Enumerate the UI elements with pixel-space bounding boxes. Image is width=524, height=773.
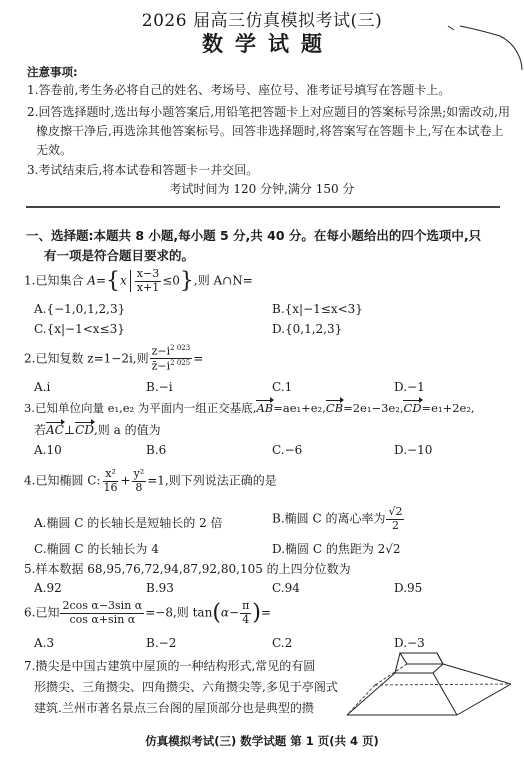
q2-option-d[interactable]: D.−1 — [394, 380, 425, 394]
q3-option-d[interactable]: D.−10 — [394, 443, 432, 457]
question-5: 5.样本数据 68,95,76,72,94,87,92,80,105 的上四分位… — [24, 560, 351, 577]
q6-option-c[interactable]: C.2 — [272, 636, 292, 650]
page-footer: 仿真模拟考试(三) 数学试题 第 1 页(共 4 页) — [0, 733, 524, 749]
q1-option-b[interactable]: B.{x|−1≤x<3} — [272, 302, 363, 316]
q6-option-d[interactable]: D.−3 — [394, 636, 425, 650]
section-heading: 一、选择题:本题共 8 小题,每小题 5 分,共 40 分。在每小题给出的四个选… — [26, 226, 481, 244]
note-item-3: 3.考试结束后,将本试卷和答题卡一并交回。 — [27, 161, 258, 178]
q4-option-d[interactable]: D.椭圆 C 的焦距为 2√2 — [272, 540, 401, 557]
q2-option-a[interactable]: A.i — [34, 380, 50, 394]
q1-option-c[interactable]: C.{x|−1<x≤3} — [34, 322, 125, 336]
question-3-cont: 若AC⊥CD,则 a 的值为 — [34, 421, 161, 438]
note-item-1: 1.答卷前,考生务必将自己的姓名、考场号、座位号、准考证号填写在答题卡上。 — [27, 81, 450, 98]
q1-option-d[interactable]: D.{0,1,2,3} — [272, 322, 342, 336]
note-item-2-end: 无效。 — [36, 141, 72, 158]
divider-line — [26, 206, 500, 208]
question-7: 7.攒尖是中国古建筑中屋顶的一种结构形式,常见的有圆 — [24, 657, 315, 674]
q2-option-c[interactable]: C.1 — [272, 380, 292, 394]
pen-mark-decoration — [440, 14, 524, 74]
note-item-2: 2.回答选择题时,选出每小题答案后,用铅笔把答题卡上对应题目的答案标号涂黑;如需… — [27, 103, 510, 120]
q3-option-b[interactable]: B.6 — [146, 443, 166, 457]
q5-option-c[interactable]: C.94 — [272, 581, 300, 595]
question-7-cont-1: 形攒尖、三角攒尖、四角攒尖、六角攒尖等,多见于亭阁式 — [34, 678, 338, 695]
q4-option-b[interactable]: B.椭圆 C 的离心率为√22 — [272, 506, 405, 532]
question-4: 4.已知椭圆 C:x²16+y²8=1,则下列说法正确的是 — [24, 468, 277, 494]
question-3: 3.已知单位向量 e₁,e₂ 为平面内一组正交基底,AB=ae₁+e₂,CB=2… — [24, 400, 475, 416]
roof-frustum-figure — [345, 650, 515, 718]
q6-option-a[interactable]: A.3 — [34, 636, 54, 650]
q2-option-b[interactable]: B.−i — [146, 380, 173, 394]
question-7-cont-2: 建筑.兰州市著名景点三台阁的屋顶部分也是典型的攒 — [34, 699, 314, 716]
exam-time-info: 考试时间为 120 分钟,满分 150 分 — [0, 180, 524, 197]
notes-heading: 注意事项: — [27, 64, 78, 80]
question-1: 1.已知集合 A={xx−3x+1≤0},则 A∩N= — [24, 268, 253, 294]
question-2: 2.已知复数 z=1−2i,则z−i2 023z̄−i2 025= — [24, 344, 203, 374]
q3-option-a[interactable]: A.10 — [34, 443, 62, 457]
q6-option-b[interactable]: B.−2 — [146, 636, 176, 650]
q1-option-a[interactable]: A.{−1,0,1,2,3} — [34, 302, 125, 316]
note-item-2-cont: 橡皮擦干净后,再选涂其他答案标号。回答非选择题时,将答案写在答题卡上,写在本试卷… — [36, 122, 503, 139]
q5-option-a[interactable]: A.92 — [34, 581, 62, 595]
q4-option-a[interactable]: A.椭圆 C 的长轴长是短轴长的 2 倍 — [34, 514, 223, 531]
q5-option-b[interactable]: B.93 — [146, 581, 174, 595]
q5-option-d[interactable]: D.95 — [394, 581, 422, 595]
question-6: 6.已知2cos α−3sin αcos α+sin α=−8,则 tan(α−… — [24, 600, 271, 626]
q4-option-c[interactable]: C.椭圆 C 的长轴长为 4 — [34, 540, 159, 557]
q3-option-c[interactable]: C.−6 — [272, 443, 302, 457]
section-heading-cont: 有一项是符合题目要求的。 — [44, 246, 194, 264]
